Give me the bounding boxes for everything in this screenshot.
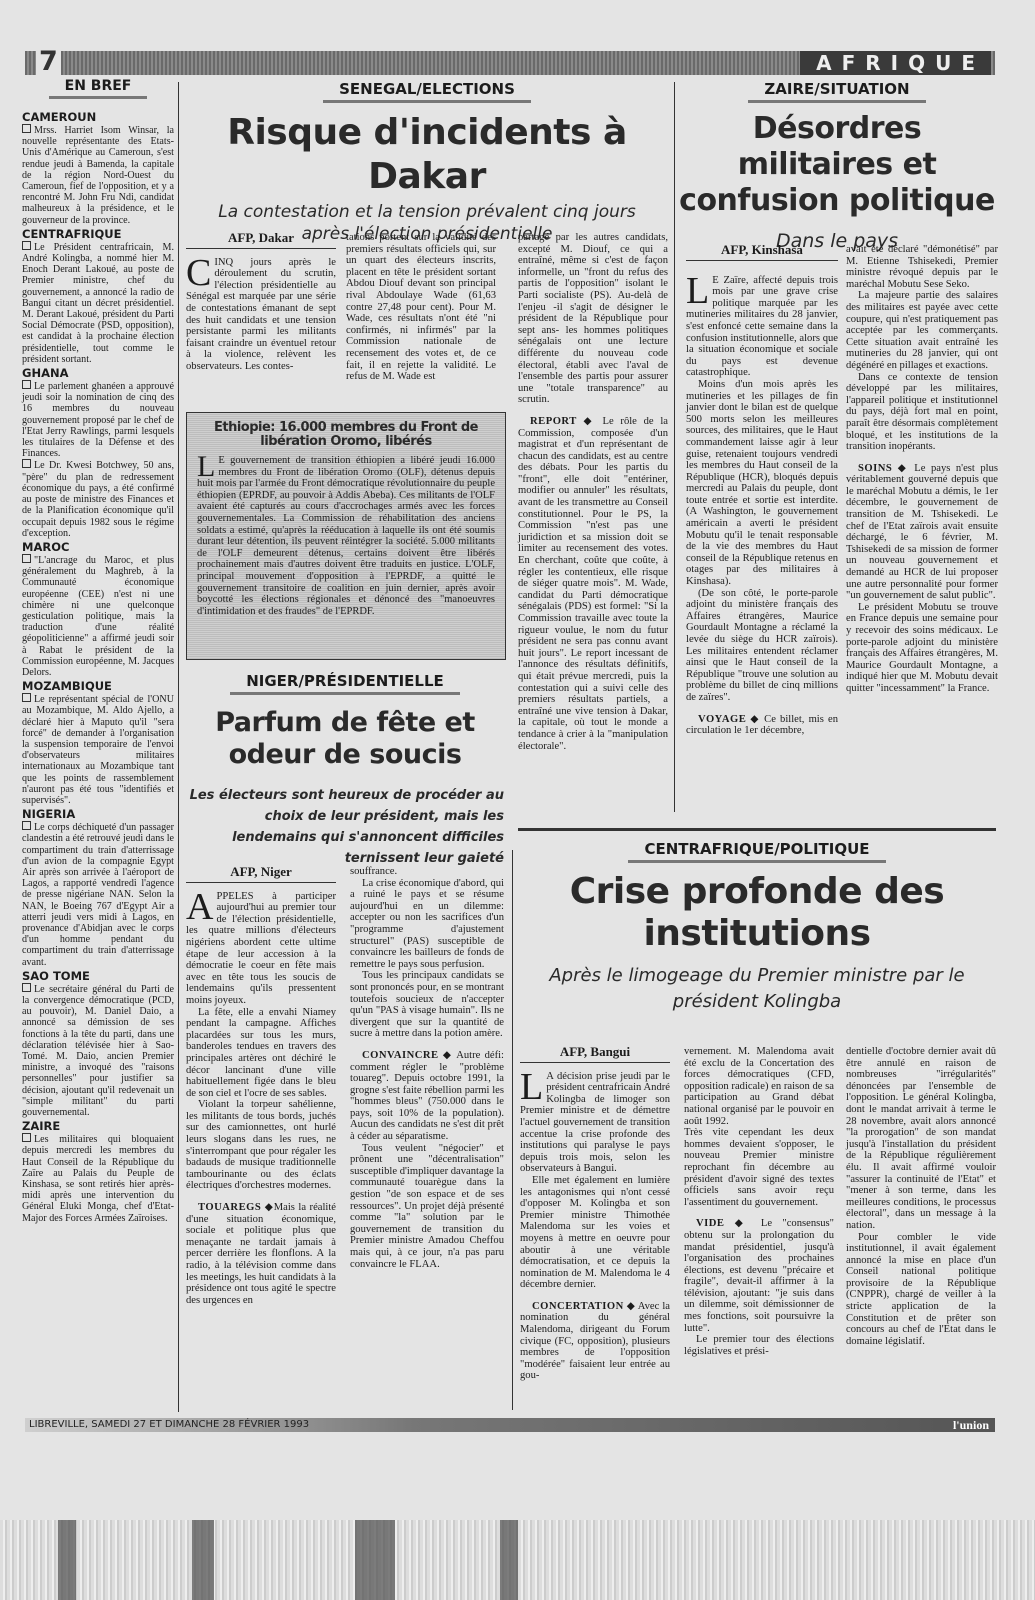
en-bref-column: EN BREF CAMEROUN Mrss. Harriet Isom Wins… (22, 78, 174, 1224)
senegal-col-3: partagé par les autres candidats, except… (518, 232, 668, 752)
footer-masthead: l'union (953, 1418, 989, 1432)
scan-artifact (355, 1520, 395, 1600)
ethiopie-box: Ethiopie: 16.000 membres du Front de lib… (186, 412, 506, 660)
brief-heading: ZAIRE (22, 1120, 174, 1133)
brief-text: Le Président centrafricain, M. André Kol… (22, 241, 174, 365)
brief-heading: SAO TOME (22, 970, 174, 983)
brief-text: Mrss. Harriet Isom Winsar, la nouvelle r… (22, 124, 174, 226)
brief-text: Le corps déchiqueté d'un passager clande… (22, 821, 174, 968)
zaire-headline: Désordres militaires et confusion politi… (678, 111, 996, 219)
senegal-text: partagé par les autres candidats, except… (518, 232, 668, 406)
senegal-lead: CINQ jours après le déroulement du scrut… (186, 257, 336, 373)
brief-heading: NIGERIA (22, 808, 174, 821)
centrafrique-headline: Crise profonde des institutions (518, 871, 996, 955)
zaire-rubric: ZAIRE/SITUATION (678, 80, 996, 103)
zaire-col-2: avait été déclaré "démonétisé" par M. Et… (846, 244, 998, 695)
ethiopie-body: LE gouvernement de transition éthiopien … (187, 455, 505, 617)
niger-article: NIGER/PRÉSIDENTIELLE Parfum de fête et o… (182, 672, 508, 869)
en-bref-title: EN BREF (22, 78, 174, 99)
senegal-headline: Risque d'incidents à Dakar (182, 111, 672, 199)
niger-headline: Parfum de fête et odeur de soucis (182, 707, 508, 771)
centrafrique-rubric: CENTRAFRIQUE/POLITIQUE (518, 840, 996, 863)
senegal-rubric: SENEGAL/ELECTIONS (182, 80, 672, 103)
centrafrique-byline: AFP, Bangui (520, 1046, 670, 1063)
column-rule (674, 82, 675, 812)
en-bref-items: CAMEROUN Mrss. Harriet Isom Winsar, la n… (22, 111, 174, 1224)
brief-text: Les militaires qui bloquaient depuis mer… (22, 1133, 174, 1224)
column-rule (178, 82, 179, 1412)
senegal-col-2: tations portent sur la validité des prem… (346, 232, 496, 383)
brief-heading: MAROC (22, 541, 174, 554)
section-title: AFRIQUE (800, 51, 991, 75)
zaire-col-1: AFP, Kinshasa LE Zaïre, affecté depuis t… (686, 244, 838, 737)
senegal-byline: AFP, Dakar (186, 232, 336, 249)
zaire-article: ZAIRE/SITUATION Désordres militaires et … (678, 80, 996, 253)
senegal-col-1: AFP, Dakar CINQ jours après le dérouleme… (186, 232, 336, 373)
brief-heading: CENTRAFRIQUE (22, 228, 174, 241)
brief-text: Le parlement ghanéen a approuvé jeudi so… (22, 380, 174, 459)
niger-deck: Les électeurs sont heureux de procéder a… (182, 785, 508, 869)
centrafrique-col-2: vernement. M. Malendoma avait été exclu … (684, 1046, 834, 1357)
niger-col-2: souffrance. La crise économique d'abord,… (350, 866, 504, 1270)
scan-artifact (192, 1520, 214, 1600)
senegal-article: SENEGAL/ELECTIONS Risque d'incidents à D… (182, 80, 672, 245)
brief-text: Le secrétaire général du Parti de la con… (22, 983, 174, 1118)
brief-text: Le Dr. Kwesi Botchwey, 50 ans, "père" du… (22, 459, 174, 538)
niger-byline: AFP, Niger (186, 866, 336, 883)
footer-dateline: LIBREVILLE, SAMEDI 27 ET DIMANCHE 28 FÉV… (29, 1418, 309, 1432)
centrafrique-deck: Après le limogeage du Premier ministre p… (518, 963, 996, 1015)
centrafrique-article: CENTRAFRIQUE/POLITIQUE Crise profonde de… (518, 840, 996, 1015)
scan-artifact (500, 1520, 518, 1600)
section-divider (518, 828, 996, 831)
centrafrique-col-1: AFP, Bangui LA décision prise jeudi par … (520, 1046, 670, 1382)
scan-artifact (58, 1520, 76, 1600)
brief-text: "L'ancrage du Maroc, et plus généralemen… (22, 554, 174, 678)
senegal-report: REPORT ◆ Le rôle de la Commission, compo… (518, 416, 668, 752)
brief-text: Le représentant spécial de l'ONU au Moza… (22, 693, 174, 806)
niger-rubric: NIGER/PRÉSIDENTIELLE (182, 672, 508, 695)
newspaper-page: 7 AFRIQUE EN BREF CAMEROUN Mrss. Harriet… (0, 0, 1035, 1520)
column-rule (512, 850, 513, 1410)
niger-col-1: AFP, Niger APPELES à participer aujourd'… (186, 866, 336, 1306)
centrafrique-col-3: dentielle d'octobre dernier avait dû êtr… (846, 1046, 996, 1347)
brief-heading: MOZAMBIQUE (22, 680, 174, 693)
page-number: 7 (36, 46, 61, 77)
page-footer: LIBREVILLE, SAMEDI 27 ET DIMANCHE 28 FÉV… (25, 1418, 995, 1432)
zaire-byline: AFP, Kinshasa (686, 244, 838, 261)
brief-heading: CAMEROUN (22, 111, 174, 124)
ethiopie-headline: Ethiopie: 16.000 membres du Front de lib… (207, 421, 485, 449)
senegal-text: tations portent sur la validité des prem… (346, 232, 496, 383)
brief-heading: GHANA (22, 367, 174, 380)
